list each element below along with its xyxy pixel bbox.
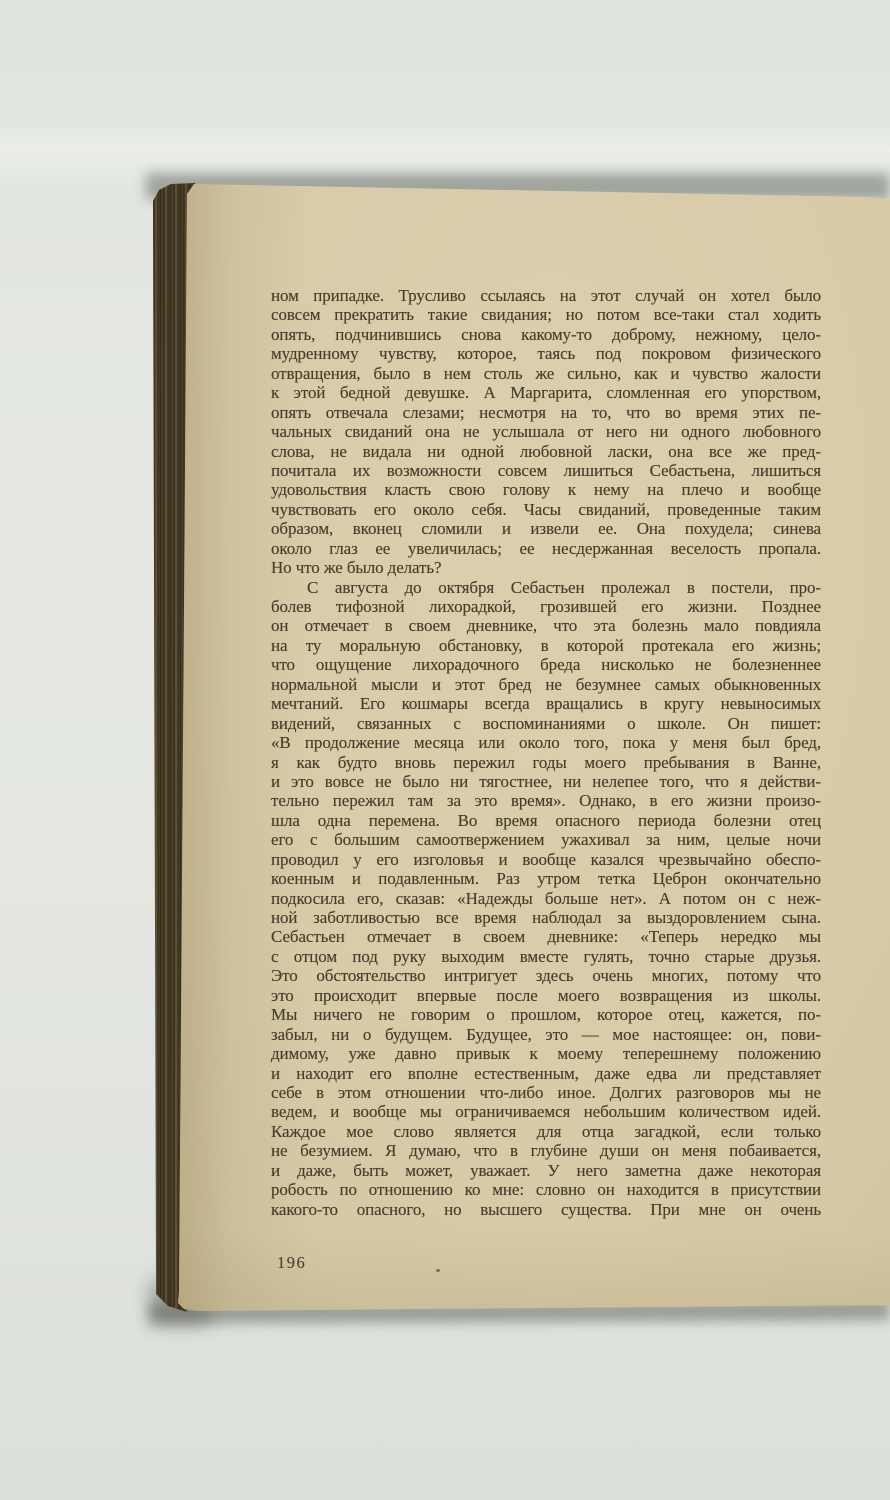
text-line: на ту моральную обстановку, в которой пр… [271,636,821,655]
text-line: видений, связанных с воспоминаниями о шк… [271,714,821,733]
text-line: это происходит впервые после моего возвр… [271,986,821,1005]
text-line: какого-то опасного, но высшего существа.… [271,1200,821,1219]
text-line: проводил у его изголовья и вообще казалс… [271,850,821,869]
text-line: димому, уже давно привык к моему тепереш… [271,1044,821,1063]
text-line: мечтаний. Его кошмары всегда вращались в… [271,694,821,713]
text-line: шла одна перемена. Во время опасного пер… [271,811,821,830]
text-line: и даже, быть может, уважает. У него заме… [271,1161,821,1180]
text-line: что ощущение лихорадочного бреда нисколь… [271,655,821,674]
text-line: около глаз ее увеличилась; ее несдержанн… [271,539,821,558]
text-line: образом, вконец сломили и извели ее. Она… [271,519,821,538]
text-line: ном припадке. Трусливо ссылаясь на этот … [271,286,821,305]
text-line: Каждое мое слово является для отца загад… [271,1122,821,1141]
text-line: нормальной мысли и этот бред не безумнее… [271,675,821,694]
text-line: подкосила его, сказав: «Надежды больше н… [271,889,821,908]
text-line: чувствовать его около себя. Часы свидани… [271,500,821,519]
text-line: Но что же было делать? [271,558,821,577]
text-line: почитала их возможности совсем лишиться … [271,461,821,480]
text-line: мудренному чувству, которое, таясь под п… [271,344,821,363]
text-line: ведем, и вообще мы ограничиваемся неболь… [271,1102,821,1121]
text-line: он отмечает в своем дневнике, что эта бо… [271,616,821,635]
text-line: Мы ничего не говорим о прошлом, которое … [271,1005,821,1024]
text-line: робость по отношению ко мне: словно он н… [271,1180,821,1199]
text-line: с отцом под руку выходим вместе гулять, … [271,947,821,966]
text-line: отвращения, было в нем столь же сильно, … [271,364,821,383]
text-line: совсем прекратить такие свидания; но пот… [271,305,821,324]
text-line: слова, не видала ни одной любовной ласки… [271,442,821,461]
text-line: его с большим самоотвержением ужахивал з… [271,830,821,849]
text-line: я как будто вновь пережил годы моего пре… [271,753,821,772]
page-text: ном припадке. Трусливо ссылаясь на этот … [271,286,821,1219]
ink-speck [436,1269,440,1272]
text-line: тельно пережил там за это время». Однако… [271,791,821,810]
text-line: «В продолжение месяца или около того, по… [271,733,821,752]
text-line: себе в этом отношении что-либо иное. Дол… [271,1083,821,1102]
text-line: опять отвечала слезами; несмотря на то, … [271,403,821,422]
text-line: и это вовсе не было ни тягостнее, ни нел… [271,772,821,791]
text-line: ной заботливостью все время наблюдал за … [271,908,821,927]
text-line: Это обстоятельство интригует здесь очень… [271,966,821,985]
text-line: чальных свиданий она не услышала от него… [271,422,821,441]
page-number: 196 [277,1253,306,1273]
text-line: Себастьен отмечает в своем дневнике: «Те… [271,927,821,946]
text-line: не безумием. Я думаю, что в глубине души… [271,1141,821,1160]
text-line: к этой бедной девушке. А Маргарита, слом… [271,383,821,402]
text-line: и находит его вполне естественным, даже … [271,1064,821,1083]
text-line: удовольствия класть свою голову к нему н… [271,480,821,499]
text-line: забыл, ни о будущем. Будущее, это — мое … [271,1025,821,1044]
text-line: С августа до октября Себастьен пролежал … [271,578,821,597]
text-line: опять, подчинившись снова какому-то добр… [271,325,821,344]
text-line: болев тифозной лихорадкой, грозившей его… [271,597,821,616]
text-line: коенным и подавленным. Раз утром тетка Ц… [271,869,821,888]
